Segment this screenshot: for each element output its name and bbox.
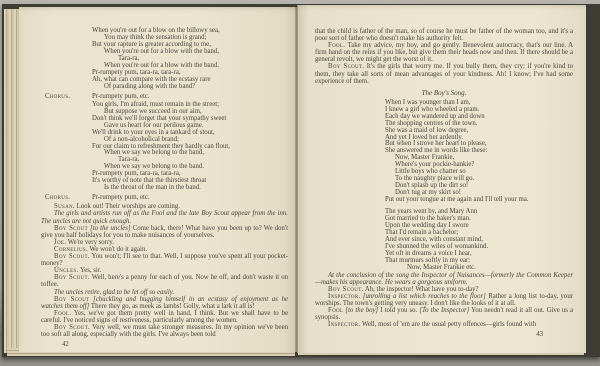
book-gutter bbox=[295, 5, 298, 353]
dialogue-text: Ah, the inspector! What have you to-day? bbox=[364, 286, 479, 293]
dialogue-paragraph: Fool [to the boy] I told you so. [To the… bbox=[315, 307, 573, 321]
right-page: that the child is father of the man, so … bbox=[297, 5, 586, 353]
right-page-text: that the child is father of the man, so … bbox=[297, 5, 586, 353]
speaker-name: Cornelius. bbox=[54, 246, 88, 253]
song-stanza: When I was younger than I am,I knew a gi… bbox=[385, 100, 573, 204]
chorus-line: Chorus.Pr-rumpety pum, etc. bbox=[45, 93, 288, 100]
stage-direction: At the conclusion of the song the Inspec… bbox=[315, 272, 573, 286]
page-edges-left bbox=[4, 9, 19, 353]
dialogue-text: that the child is father of the man, so … bbox=[315, 28, 573, 42]
dialogue-paragraph: Fool. Take my advice, my boy, and go gen… bbox=[315, 42, 573, 63]
speaker-name: Boy Scout bbox=[54, 225, 88, 232]
chorus-line: Chorus.Pr-rumpety pum, etc. bbox=[45, 194, 288, 201]
stage-direction-inline: [unrolling a list which reaches to the f… bbox=[360, 293, 485, 300]
verse-block: When you're out for a blow on the billow… bbox=[92, 28, 288, 91]
dialogue-text: Take my advice, my boy, and go gently. B… bbox=[315, 42, 573, 63]
page-number-left: 42 bbox=[62, 341, 288, 348]
dialogue-text: Look out! Their worships are coming. bbox=[75, 203, 180, 210]
dialogue-paragraph: Inspector. Well, most of 'em are the usu… bbox=[315, 321, 573, 328]
stage-direction-inline: [to the uncles] bbox=[88, 225, 131, 232]
dialogue-paragraph: Susan. Look out! Their worships are comi… bbox=[41, 203, 288, 210]
speaker-name: Uncles. bbox=[54, 267, 79, 274]
speaker-label: Chorus. bbox=[45, 93, 92, 100]
dialogue-paragraph: Boy Scout [chuckling and hugging himself… bbox=[41, 296, 288, 310]
verse-block: You girls, I'm afraid, must remain in th… bbox=[92, 102, 288, 192]
stage-direction: The girls and artists run off as the Foo… bbox=[41, 210, 288, 224]
speaker-name: Fool bbox=[328, 307, 343, 314]
song-title: The Boy's Song. bbox=[315, 89, 573, 97]
verse-line: Put out your tongue at me again and I'll… bbox=[385, 197, 573, 204]
verse-line: Now, Master Frankie etc. bbox=[385, 265, 573, 272]
left-page: When you're out for a blow on the billow… bbox=[19, 7, 297, 352]
left-page-text: When you're out for a blow on the billow… bbox=[19, 7, 297, 352]
speaker-name: Boy Scout. bbox=[328, 286, 364, 293]
verse-line: Is the throat of the man in the band. bbox=[92, 185, 288, 192]
speaker-name: Boy Scout. bbox=[54, 253, 90, 260]
chorus-text: Pr-rumpety pum, etc. bbox=[92, 194, 150, 201]
speaker-name: Joe. bbox=[54, 239, 66, 246]
dialogue-paragraph: Joe. We're very sorry. bbox=[41, 239, 288, 246]
verse-line: Of parading along with the band? bbox=[92, 84, 288, 91]
speaker-name: Fool. bbox=[54, 310, 71, 317]
dialogue-paragraph: Boy Scout. It's the girls that worry me.… bbox=[315, 63, 573, 84]
dialogue-paragraph: Cornelius. We won't do it again. bbox=[41, 246, 288, 253]
chorus-text: Pr-rumpety pum, etc. bbox=[92, 93, 150, 100]
song-stanza: The years went by, and Mary AnnGot marri… bbox=[385, 209, 573, 272]
speaker-name: Inspector. bbox=[328, 321, 360, 328]
dialogue-paragraph: Boy Scout. You won't; I'll see to that. … bbox=[41, 253, 288, 267]
dialogue-text: We're very sorry. bbox=[66, 239, 114, 246]
page-number-right: 43 bbox=[315, 331, 543, 338]
speaker-name: Boy Scout bbox=[54, 296, 89, 303]
speaker-label: Chorus. bbox=[45, 194, 92, 201]
dialogue-text: I told you so. bbox=[378, 307, 419, 314]
dialogue-paragraph: that the child is father of the man, so … bbox=[315, 28, 573, 42]
dialogue-paragraph: Fool. Yes, we've got them pretty well in… bbox=[41, 310, 288, 324]
stage-direction-inline: [to the boy] bbox=[343, 307, 378, 314]
dialogue-paragraph: Uncles. Yes, sir. bbox=[41, 267, 288, 274]
speaker-name: Boy Scout. bbox=[54, 274, 90, 281]
speaker-name: Susan. bbox=[54, 203, 75, 210]
dialogue-paragraph: Boy Scout. Well, here's a penny for each… bbox=[41, 274, 288, 288]
dialogue-paragraph: Boy Scout. Ah, the inspector! What have … bbox=[315, 286, 573, 293]
dialogue-text: There they go, as meek as lambs! Golly, … bbox=[89, 303, 254, 310]
speaker-name: Inspector. bbox=[328, 293, 360, 300]
dialogue-text: Yes, sir. bbox=[79, 267, 102, 274]
dialogue-paragraph: Boy Scout [to the uncles] Come back, the… bbox=[41, 225, 288, 239]
dialogue-text: Yes, we've got them pretty well in hand,… bbox=[41, 310, 288, 324]
dialogue-text: We won't do it again. bbox=[88, 246, 147, 253]
dialogue-paragraph: Boy Scout. Very well, we must take stron… bbox=[41, 324, 288, 338]
dialogue-paragraph: Inspector. [unrolling a list which reach… bbox=[315, 293, 573, 307]
speaker-name: Boy Scout. bbox=[54, 324, 90, 331]
stage-direction-inline: [To the Inspector] bbox=[419, 307, 469, 314]
stage-direction: The uncles retire, glad to be let off so… bbox=[41, 289, 288, 296]
dialogue-text: Well, most of 'em are the usual petty of… bbox=[360, 321, 536, 328]
book-photo: { "book": { "left_page": { "number": "42… bbox=[0, 0, 600, 366]
speaker-name: Fool. bbox=[328, 42, 345, 49]
speaker-name: Boy Scout. bbox=[328, 63, 364, 70]
